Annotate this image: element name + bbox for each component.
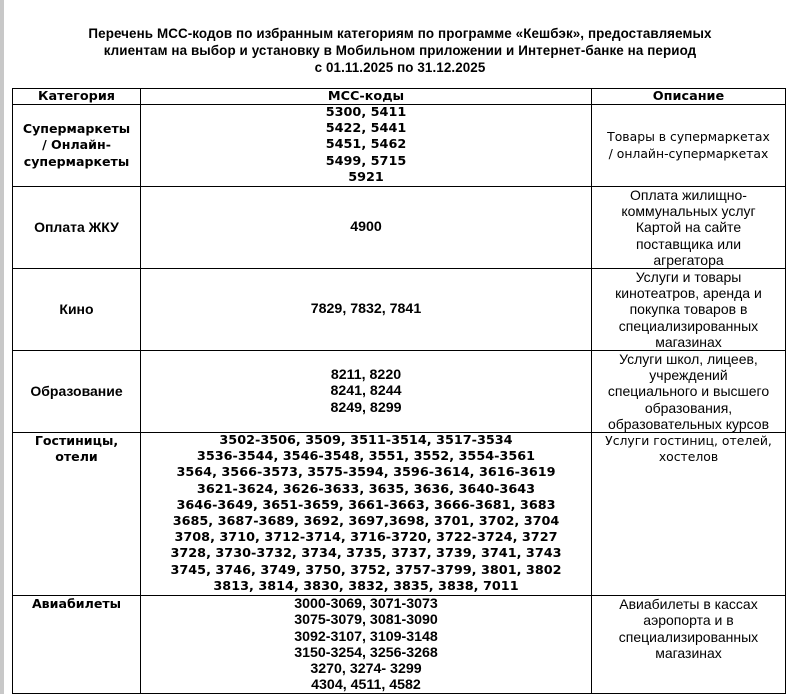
description-line: образования, — [594, 400, 783, 416]
description-cell: Услуги школ, лицеев,учрежденийспециально… — [592, 351, 786, 433]
category-cell: Кино — [13, 269, 141, 351]
mcc-code-line: 8241, 8244 — [143, 383, 589, 399]
header-description: Описание — [592, 89, 786, 105]
title-line: с 01.11.2025 по 31.12.2025 — [20, 59, 780, 76]
category-line: Оплата ЖКУ — [15, 219, 138, 235]
mcc-code-line: 4304, 4511, 4582 — [143, 677, 589, 693]
mcc-code-line: 5451, 5462 — [143, 137, 589, 153]
mcc-code-line: 7829, 7832, 7841 — [143, 301, 589, 317]
description-line: Услуги и товары — [594, 269, 783, 285]
mcc-codes-cell: 8211, 82208241, 82448249, 8299 — [141, 351, 592, 433]
mcc-code-line: 3564, 3566-3573, 3575-3594, 3596-3614, 3… — [143, 465, 589, 481]
category-cell: Авиабилеты — [13, 596, 141, 694]
category-line: супермаркеты — [15, 154, 138, 170]
mcc-code-line: 8249, 8299 — [143, 400, 589, 416]
mcc-code-line: 3000-3069, 3071-3073 — [143, 596, 589, 612]
description-line: Авиабилеты в кассах — [594, 596, 783, 612]
description-cell: Авиабилеты в кассахаэропорта и вспециали… — [592, 596, 786, 694]
category-line: Авиабилеты — [15, 596, 138, 612]
mcc-codes-cell: 5300, 54115422, 54415451, 54625499, 5715… — [141, 105, 592, 187]
description-line: Оплата жилищно- — [594, 187, 783, 203]
mcc-codes-cell: 3000-3069, 3071-30733075-3079, 3081-3090… — [141, 596, 592, 694]
mcc-codes-cell: 3502-3506, 3509, 3511-3514, 3517-3534353… — [141, 433, 592, 596]
description-line: магазинах — [594, 334, 783, 350]
description-line: Картой на сайте — [594, 219, 783, 235]
category-line: Гостиницы, — [15, 433, 138, 449]
mcc-codes-cell: 7829, 7832, 7841 — [141, 269, 592, 351]
mcc-table: Категория МСС-коды Описание Супермаркеты… — [12, 88, 786, 694]
header-mcc-codes: МСС-коды — [141, 89, 592, 105]
viewer-left-edge — [0, 0, 4, 694]
category-line: отели — [15, 449, 138, 465]
mcc-code-line: 4900 — [143, 219, 589, 235]
description-line: / онлайн-супермаркетах — [594, 146, 783, 162]
description-line: Услуги гостиниц, отелей, — [594, 433, 783, 449]
category-line: Кино — [15, 301, 138, 317]
description-line: аэропорта и в — [594, 612, 783, 628]
mcc-code-line: 3502-3506, 3509, 3511-3514, 3517-3534 — [143, 433, 589, 449]
table-row: Образование 8211, 82208241, 82448249, 82… — [13, 351, 786, 433]
description-cell: Оплата жилищно-коммунальных услугКартой … — [592, 187, 786, 269]
mcc-code-line: 5921 — [143, 170, 589, 186]
description-line: Товары в супермаркетах — [594, 129, 783, 145]
mcc-codes-cell: 4900 — [141, 187, 592, 269]
category-line: Образование — [15, 383, 138, 399]
mcc-code-line: 3536-3544, 3546-3548, 3551, 3552, 3554-3… — [143, 449, 589, 465]
description-line: коммунальных услуг — [594, 203, 783, 219]
mcc-code-line: 3092-3107, 3109-3148 — [143, 629, 589, 645]
table-row: Авиабилеты 3000-3069, 3071-30733075-3079… — [13, 596, 786, 694]
description-line: учреждений — [594, 367, 783, 383]
description-line: специализированных — [594, 318, 783, 334]
mcc-code-line: 3708, 3710, 3712-3714, 3716-3720, 3722-3… — [143, 530, 589, 546]
table-row: Гостиницы,отели 3502-3506, 3509, 3511-35… — [13, 433, 786, 596]
table-row: Супермаркеты/ Онлайн-супермаркеты 5300, … — [13, 105, 786, 187]
description-line: покупка товаров в — [594, 301, 783, 317]
description-cell: Услуги гостиниц, отелей,хостелов — [592, 433, 786, 596]
mcc-code-line: 3685, 3687-3689, 3692, 3697,3698, 3701, … — [143, 514, 589, 530]
category-cell: Супермаркеты/ Онлайн-супермаркеты — [13, 105, 141, 187]
table-row: Оплата ЖКУ 4900 Оплата жилищно-коммуналь… — [13, 187, 786, 269]
description-line: Услуги школ, лицеев, — [594, 351, 783, 367]
description-line: образовательных курсов — [594, 416, 783, 432]
mcc-code-line: 5422, 5441 — [143, 121, 589, 137]
mcc-code-line: 3270, 3274- 3299 — [143, 661, 589, 677]
category-cell: Гостиницы,отели — [13, 433, 141, 596]
title-line: Перечень МСС-кодов по избранным категори… — [20, 25, 780, 42]
description-line: магазинах — [594, 645, 783, 661]
description-cell: Услуги и товарыкинотеатров, аренда ипоку… — [592, 269, 786, 351]
description-line: хостелов — [594, 449, 783, 465]
description-line: кинотеатров, аренда и — [594, 285, 783, 301]
mcc-code-line: 3150-3254, 3256-3268 — [143, 645, 589, 661]
mcc-code-line: 3646-3649, 3651-3659, 3661-3663, 3666-36… — [143, 498, 589, 514]
mcc-code-line: 3075-3079, 3081-3090 — [143, 612, 589, 628]
description-line: специального и высшего — [594, 383, 783, 399]
category-cell: Образование — [13, 351, 141, 433]
mcc-code-line: 5300, 5411 — [143, 105, 589, 121]
mcc-code-line: 3621-3624, 3626-3633, 3635, 3636, 3640-3… — [143, 482, 589, 498]
category-line: Супермаркеты — [15, 121, 138, 137]
table-row: Кино 7829, 7832, 7841 Услуги и товарыкин… — [13, 269, 786, 351]
document-title: Перечень МСС-кодов по избранным категори… — [20, 25, 780, 76]
description-line: специализированных — [594, 629, 783, 645]
category-cell: Оплата ЖКУ — [13, 187, 141, 269]
mcc-code-line: 3813, 3814, 3830, 3832, 3835, 3838, 7011 — [143, 579, 589, 595]
header-category: Категория — [13, 89, 141, 105]
category-line: / Онлайн- — [15, 137, 138, 153]
description-cell: Товары в супермаркетах/ онлайн-супермарк… — [592, 105, 786, 187]
title-line: клиентам на выбор и установку в Мобильно… — [20, 42, 780, 59]
mcc-code-line: 3728, 3730-3732, 3734, 3735, 3737, 3739,… — [143, 546, 589, 562]
table-header-row: Категория МСС-коды Описание — [13, 89, 786, 105]
mcc-code-line: 8211, 8220 — [143, 367, 589, 383]
description-line: агрегатора — [594, 252, 783, 268]
mcc-code-line: 3745, 3746, 3749, 3750, 3752, 3757-3799,… — [143, 563, 589, 579]
description-line: поставщика или — [594, 236, 783, 252]
mcc-code-line: 5499, 5715 — [143, 154, 589, 170]
